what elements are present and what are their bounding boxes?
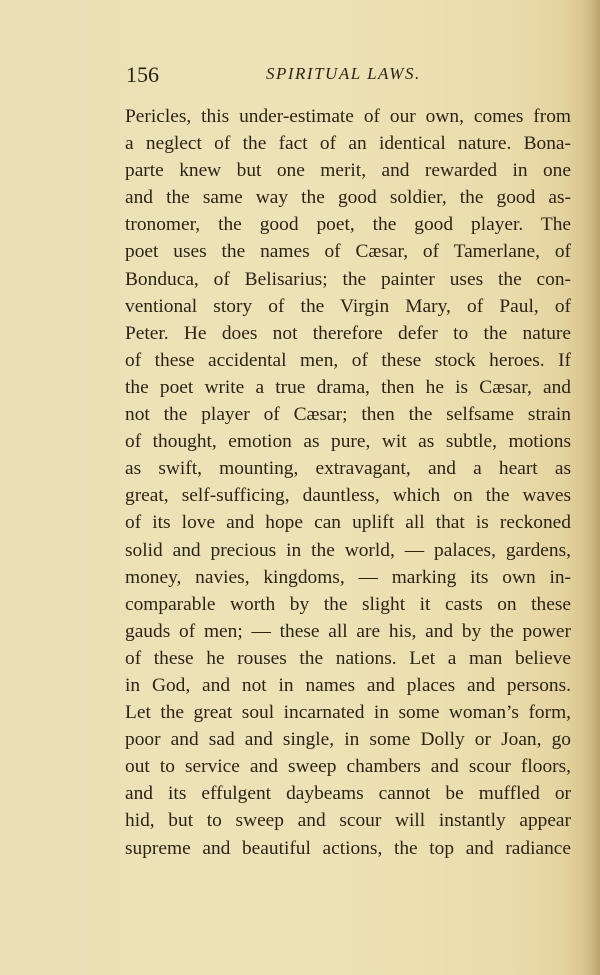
text-line: and the same way the good soldier, the g…	[125, 184, 571, 211]
text-line: comparable worth by the slight it casts …	[125, 591, 571, 618]
text-line: poor and sad and single, in some Dolly o…	[125, 726, 571, 753]
text-line: gauds of men; — these all are his, and b…	[125, 618, 571, 645]
text-line: of thought, emotion as pure, wit as subt…	[125, 428, 571, 455]
text-line: great, self-sufficing, dauntless, which …	[125, 482, 571, 509]
book-page: 156 SPIRITUAL LAWS. Pericles, this under…	[0, 0, 600, 975]
text-line: parte knew but one merit, and rewarded i…	[125, 157, 571, 184]
text-line: as swift, mounting, extravagant, and a h…	[125, 455, 571, 482]
text-line: solid and precious in the world, — palac…	[125, 537, 571, 564]
text-line: of these he rouses the nations. Let a ma…	[125, 645, 571, 672]
text-line: of these accidental men, of these stock …	[125, 347, 571, 374]
text-line: ventional story of the Virgin Mary, of P…	[125, 293, 571, 320]
running-title: SPIRITUAL LAWS.	[266, 64, 421, 84]
text-line: tronomer, the good poet, the good player…	[125, 211, 571, 238]
text-line: poet uses the names of Cæsar, of Tamerla…	[125, 238, 571, 265]
running-head: 156 SPIRITUAL LAWS.	[126, 62, 572, 92]
text-line: and its effulgent daybeams cannot be muf…	[125, 780, 571, 807]
text-line: out to service and sweep chambers and sc…	[125, 753, 571, 780]
text-line: Let the great soul incarnated in some wo…	[125, 699, 571, 726]
text-line: in God, and not in names and places and …	[125, 672, 571, 699]
text-line: hid, but to sweep and scour will instant…	[125, 807, 571, 834]
text-line: supreme and beautiful actions, the top a…	[125, 835, 571, 862]
text-line: of its love and hope can uplift all that…	[125, 509, 571, 536]
text-line: money, navies, kingdoms, — marking its o…	[125, 564, 571, 591]
text-line: the poet write a true drama, then he is …	[125, 374, 571, 401]
body-text: Pericles, this under-estimate of our own…	[125, 103, 571, 862]
page-number: 156	[126, 62, 159, 88]
text-line: a neglect of the fact of an identical na…	[125, 130, 571, 157]
text-line: not the player of Cæsar; then the selfsa…	[125, 401, 571, 428]
text-line: Peter. He does not therefore defer to th…	[125, 320, 571, 347]
text-line: Pericles, this under-estimate of our own…	[125, 103, 571, 130]
text-line: Bonduca, of Belisarius; the painter uses…	[125, 266, 571, 293]
